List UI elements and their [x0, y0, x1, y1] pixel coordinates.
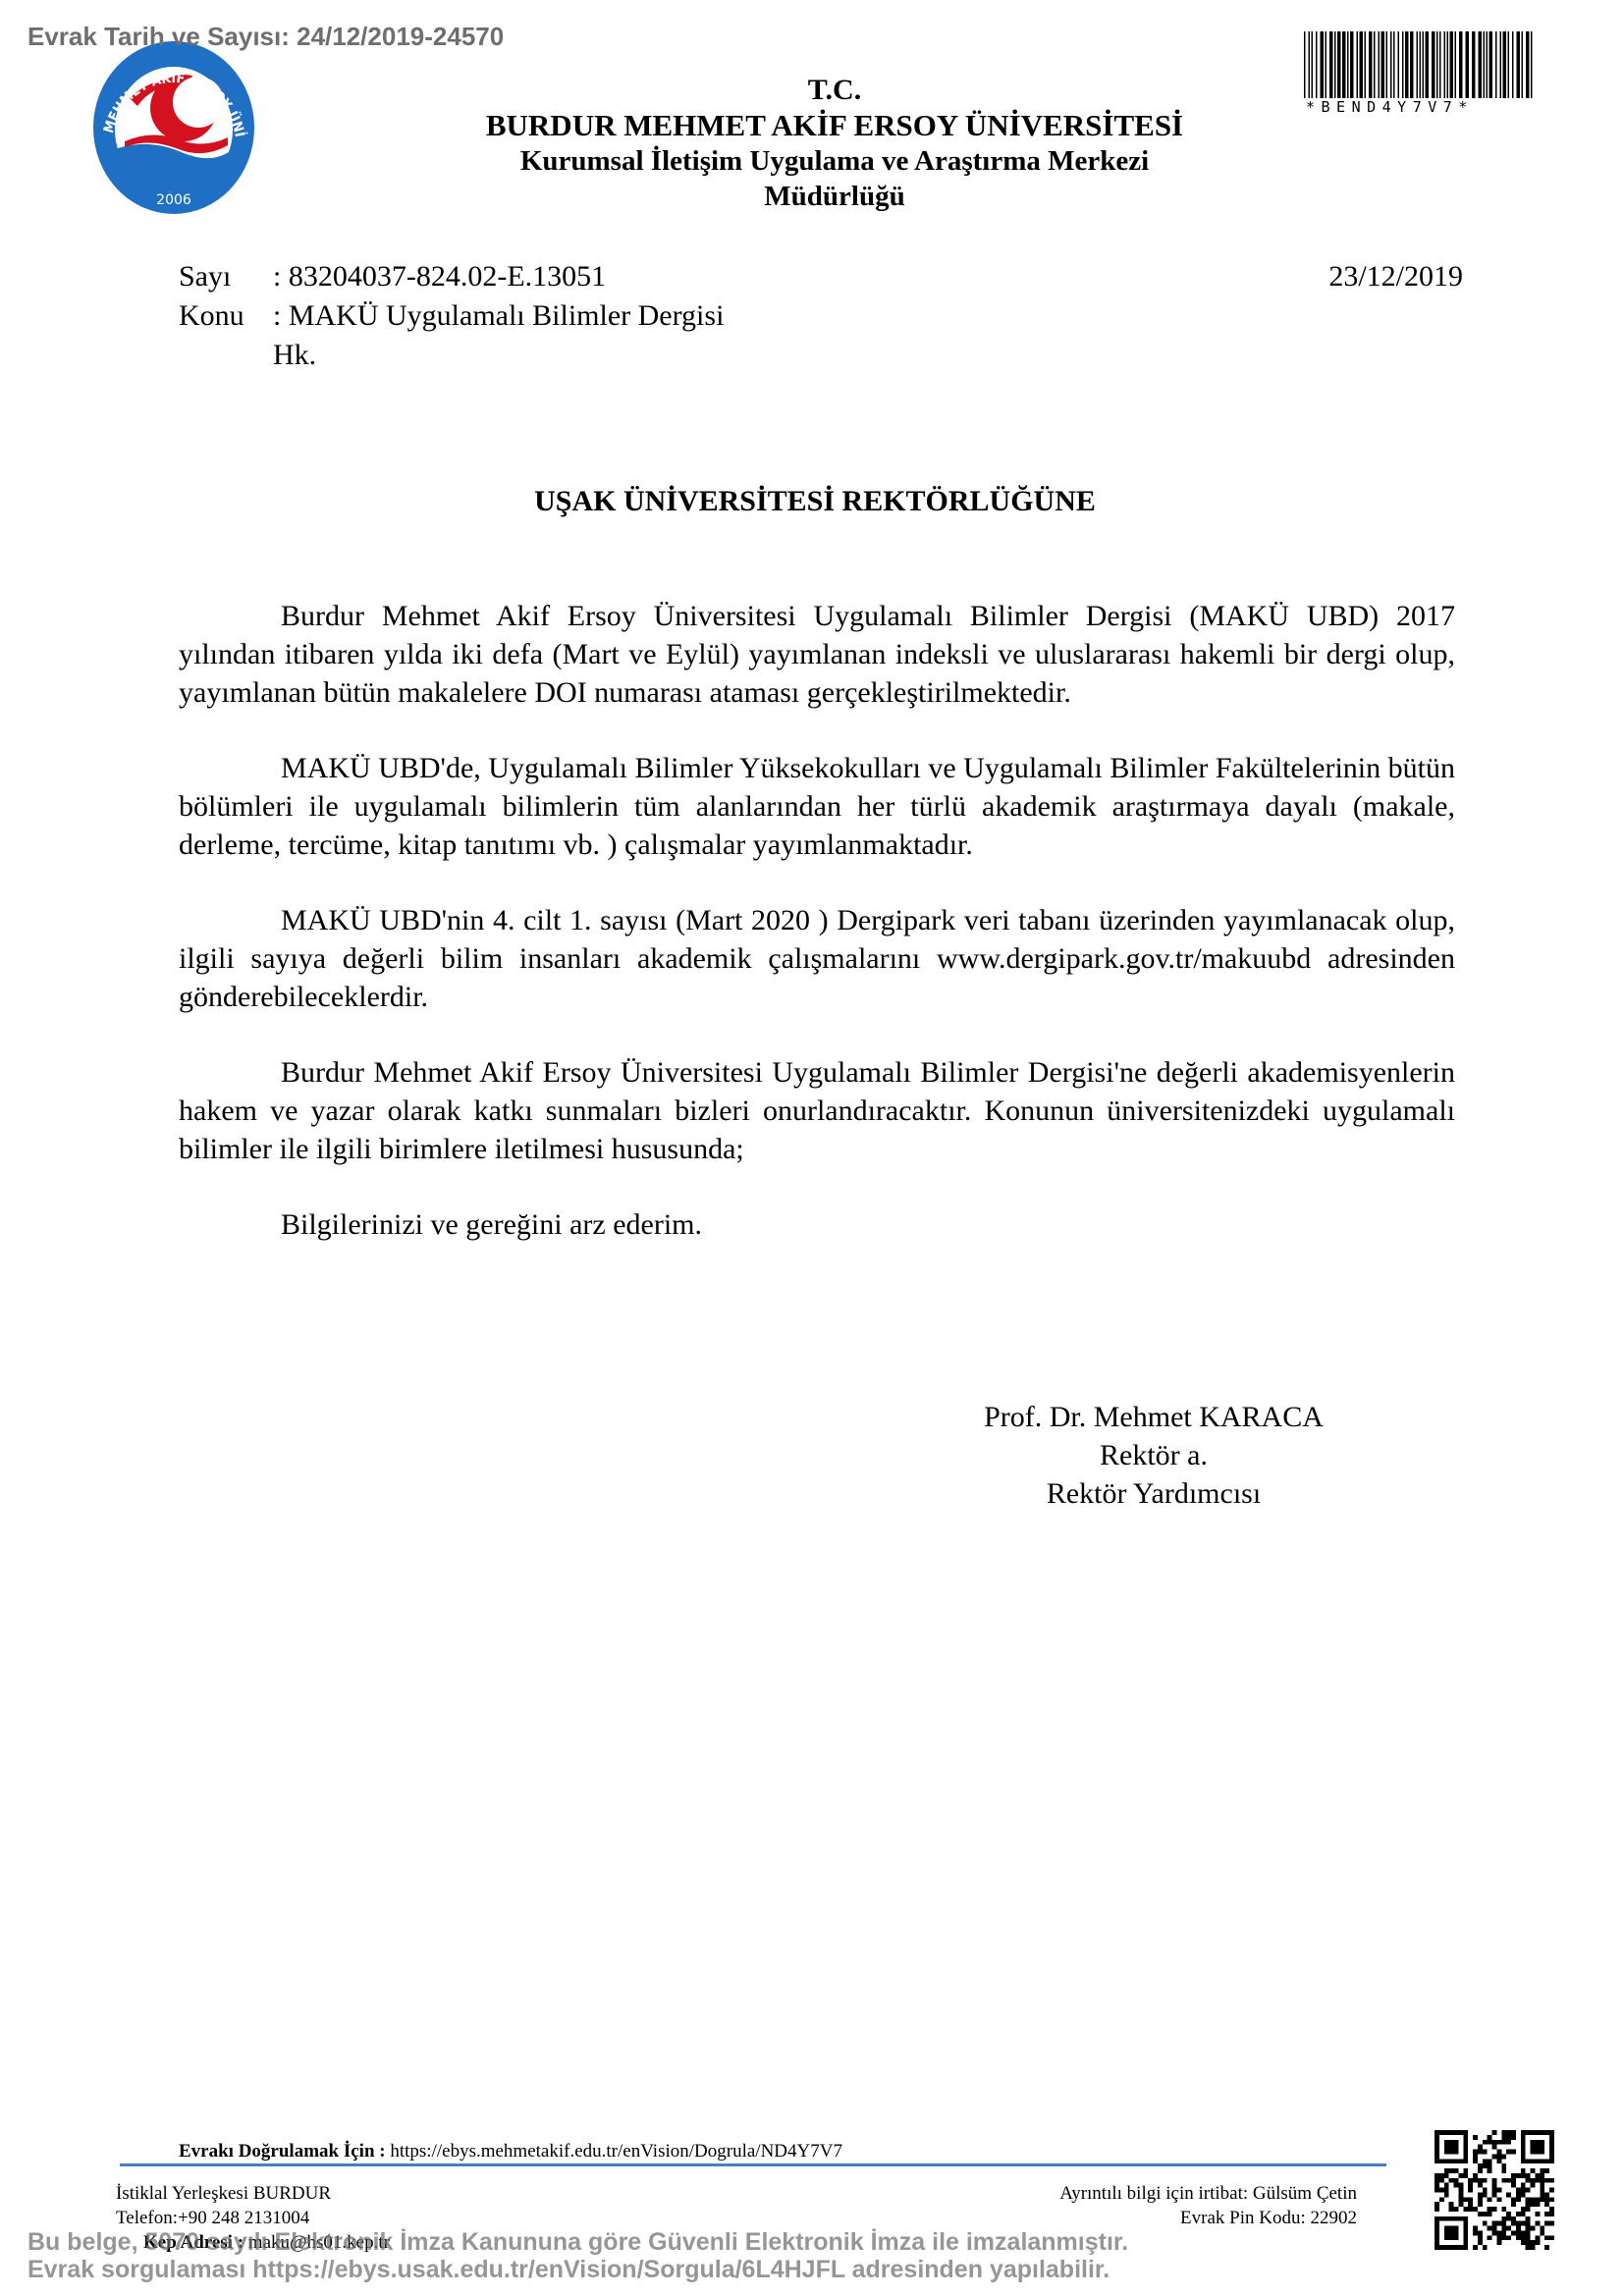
document-meta: Sayı : 83204037-824.02-E.13051 Konu : MA…	[179, 257, 724, 375]
barcode-icon	[1302, 31, 1538, 100]
addressee: UŞAK ÜNİVERSİTESİ REKTÖRLÜĞÜNE	[393, 485, 1237, 518]
signatory-name: Prof. Dr. Mehmet KARACA	[928, 1398, 1380, 1436]
document-date-number-stamp: Evrak Tarih ve Sayısı: 24/12/2019-24570	[27, 22, 504, 52]
sayi-row: Sayı : 83204037-824.02-E.13051	[179, 257, 724, 296]
verification-qr-code	[1434, 2130, 1555, 2250]
document-date: 23/12/2019	[1328, 257, 1463, 296]
closing-line: Bilgilerinizi ve gereğini arz ederim.	[179, 1205, 1455, 1244]
letterhead: T.C. BURDUR MEHMET AKİF ERSOY ÜNİVERSİTE…	[393, 73, 1276, 214]
body-paragraph: MAKÜ UBD'de, Uygulamalı Bilimler Yükseko…	[179, 749, 1455, 864]
konu-value: : MAKÜ Uygulamalı Bilimler Dergisi	[273, 296, 724, 336]
verification-label: Evrakı Doğrulamak İçin :	[179, 2141, 386, 2162]
svg-text:2006: 2006	[156, 192, 191, 208]
footer-address: İstiklal Yerleşkesi BURDUR	[116, 2181, 390, 2206]
letterhead-center: Kurumsal İletişim Uygulama ve Araştırma …	[393, 143, 1276, 179]
verification-line: Evrakı Doğrulamak İçin : https://ebys.me…	[179, 2141, 842, 2163]
university-logo: MEHMET AKİF ERSOY ÜNİVERSİTESİ 2006	[90, 39, 257, 216]
konu-label: Konu	[179, 296, 273, 336]
footer-phone: Telefon:+90 248 2131004	[116, 2206, 390, 2230]
sayi-value: : 83204037-824.02-E.13051	[273, 257, 606, 296]
e-signature-statement: Bu belge, 5070 sayılı Elektronik İmza Ka…	[27, 2228, 1128, 2256]
document-barcode	[1302, 31, 1538, 100]
letterhead-tc: T.C.	[393, 73, 1276, 108]
body-paragraph: Burdur Mehmet Akif Ersoy Üniversitesi Uy…	[179, 597, 1455, 712]
body-paragraph: MAKÜ UBD'nin 4. cilt 1. sayısı (Mart 202…	[179, 901, 1455, 1016]
konu-value-continuation: Hk.	[179, 336, 724, 375]
letterhead-directorate: Müdürlüğü	[393, 179, 1276, 214]
body-paragraph: Burdur Mehmet Akif Ersoy Üniversitesi Uy…	[179, 1053, 1455, 1168]
footer-divider	[120, 2163, 1386, 2166]
footer-contact-right: Ayrıntılı bilgi için irtibat: Gülsüm Çet…	[1059, 2181, 1357, 2230]
qr-code-icon	[1434, 2130, 1555, 2250]
letter-body: Burdur Mehmet Akif Ersoy Üniversitesi Uy…	[179, 597, 1455, 1281]
signature-block: Prof. Dr. Mehmet KARACA Rektör a. Rektör…	[928, 1398, 1380, 1513]
konu-row: Konu : MAKÜ Uygulamalı Bilimler Dergisi	[179, 296, 724, 336]
signatory-title: Rektör a.	[928, 1436, 1380, 1474]
signatory-position: Rektör Yardımcısı	[928, 1474, 1380, 1513]
footer-contact-person: Ayrıntılı bilgi için irtibat: Gülsüm Çet…	[1059, 2181, 1357, 2206]
barcode-text: *BEND4Y7V7*	[1306, 98, 1542, 116]
letterhead-university: BURDUR MEHMET AKİF ERSOY ÜNİVERSİTESİ	[393, 108, 1276, 143]
university-logo-icon: MEHMET AKİF ERSOY ÜNİVERSİTESİ 2006	[90, 39, 257, 216]
footer-pin-code: Evrak Pin Kodu: 22902	[1059, 2206, 1357, 2230]
e-signature-query: Evrak sorgulaması https://ebys.usak.edu.…	[27, 2256, 1128, 2283]
sayi-label: Sayı	[179, 257, 273, 296]
e-signature-stamp: Bu belge, 5070 sayılı Elektronik İmza Ka…	[27, 2228, 1128, 2283]
verification-url[interactable]: https://ebys.mehmetakif.edu.tr/enVision/…	[390, 2141, 842, 2162]
